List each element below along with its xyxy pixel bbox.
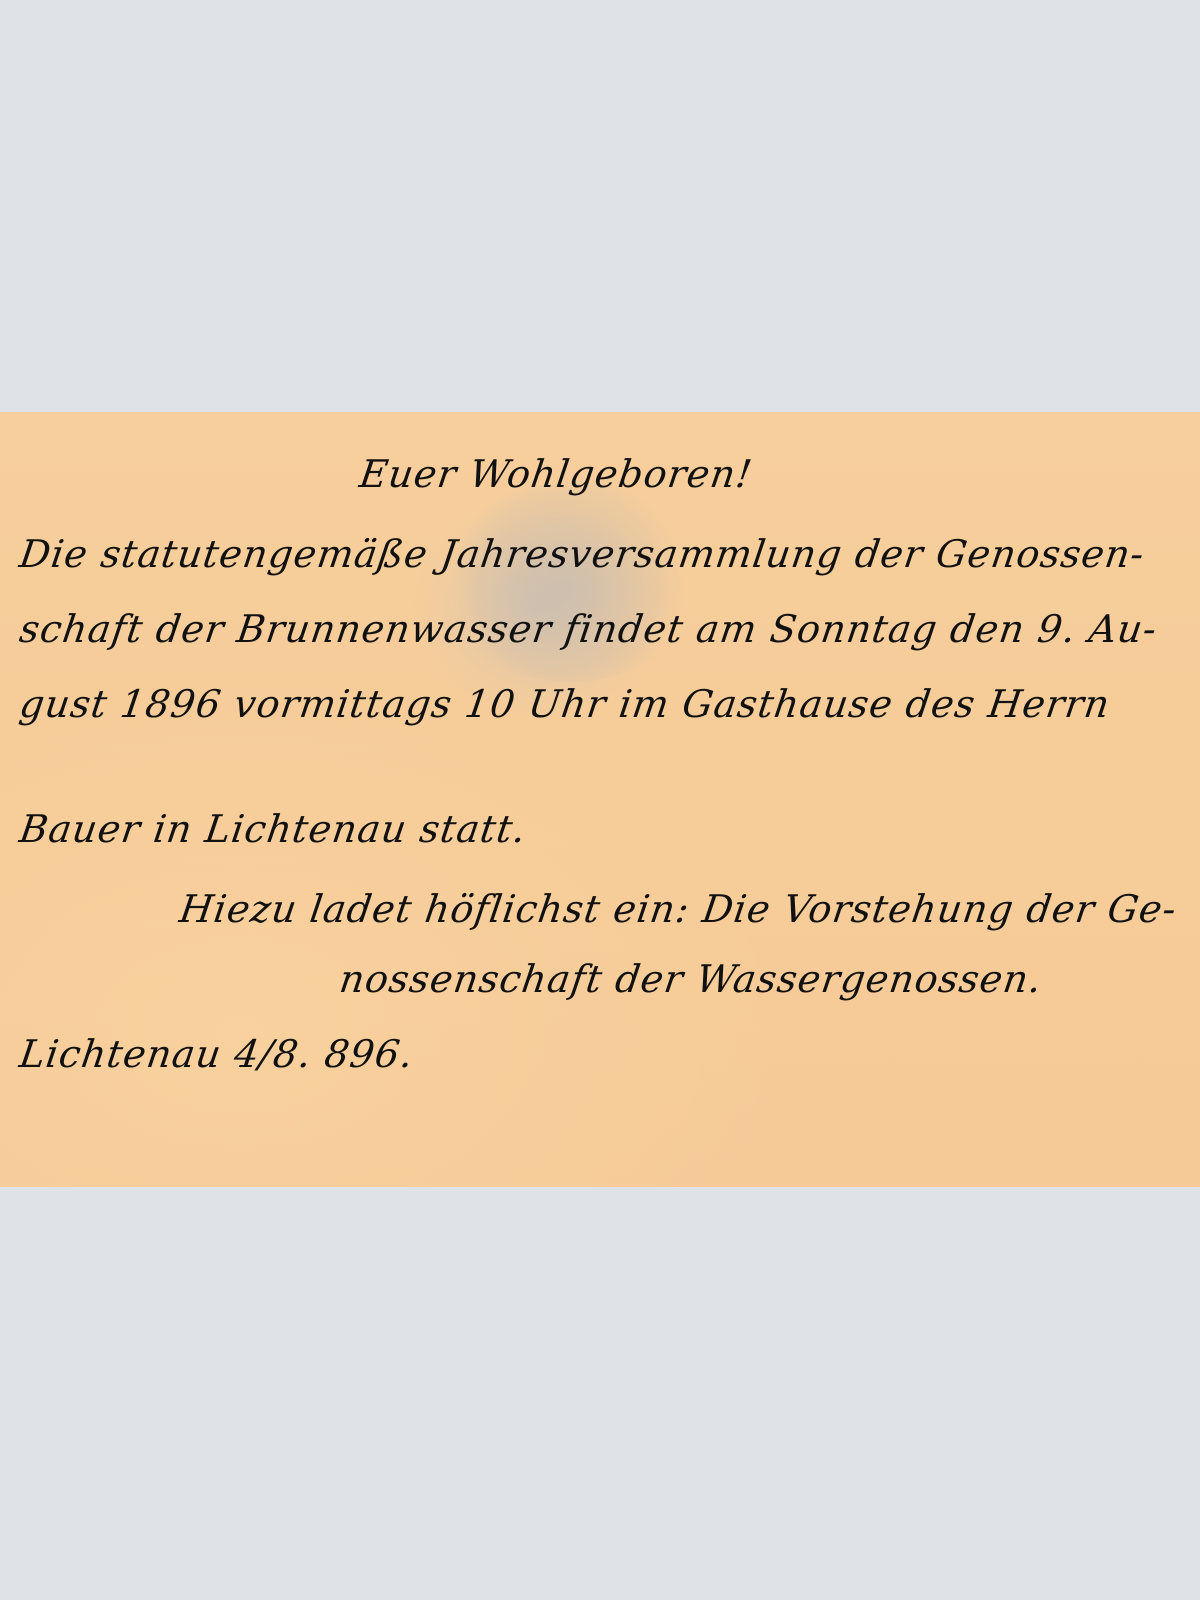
salutation: Euer Wohlgeboren! xyxy=(357,452,756,496)
faded-postmark-stain xyxy=(440,482,700,682)
closing-line-1: Hiezu ladet höflichst ein: Die Vorstehun… xyxy=(177,887,1180,931)
body-line-1: Die statutengemäße Jahresversammlung der… xyxy=(17,532,1148,576)
postcard: Euer Wohlgeboren! Die statutengemäße Jah… xyxy=(0,412,1200,1187)
closing-line-2: nossenschaft der Wassergenossen. xyxy=(337,957,1045,1001)
body-line-3: gust 1896 vormittags 10 Uhr im Gasthause… xyxy=(17,682,1113,726)
body-line-4: Bauer in Lichtenau statt. xyxy=(17,807,529,851)
place-and-date: Lichtenau 4/8. 896. xyxy=(17,1032,417,1076)
body-line-2: schaft der Brunnenwasser findet am Sonnt… xyxy=(17,607,1160,651)
